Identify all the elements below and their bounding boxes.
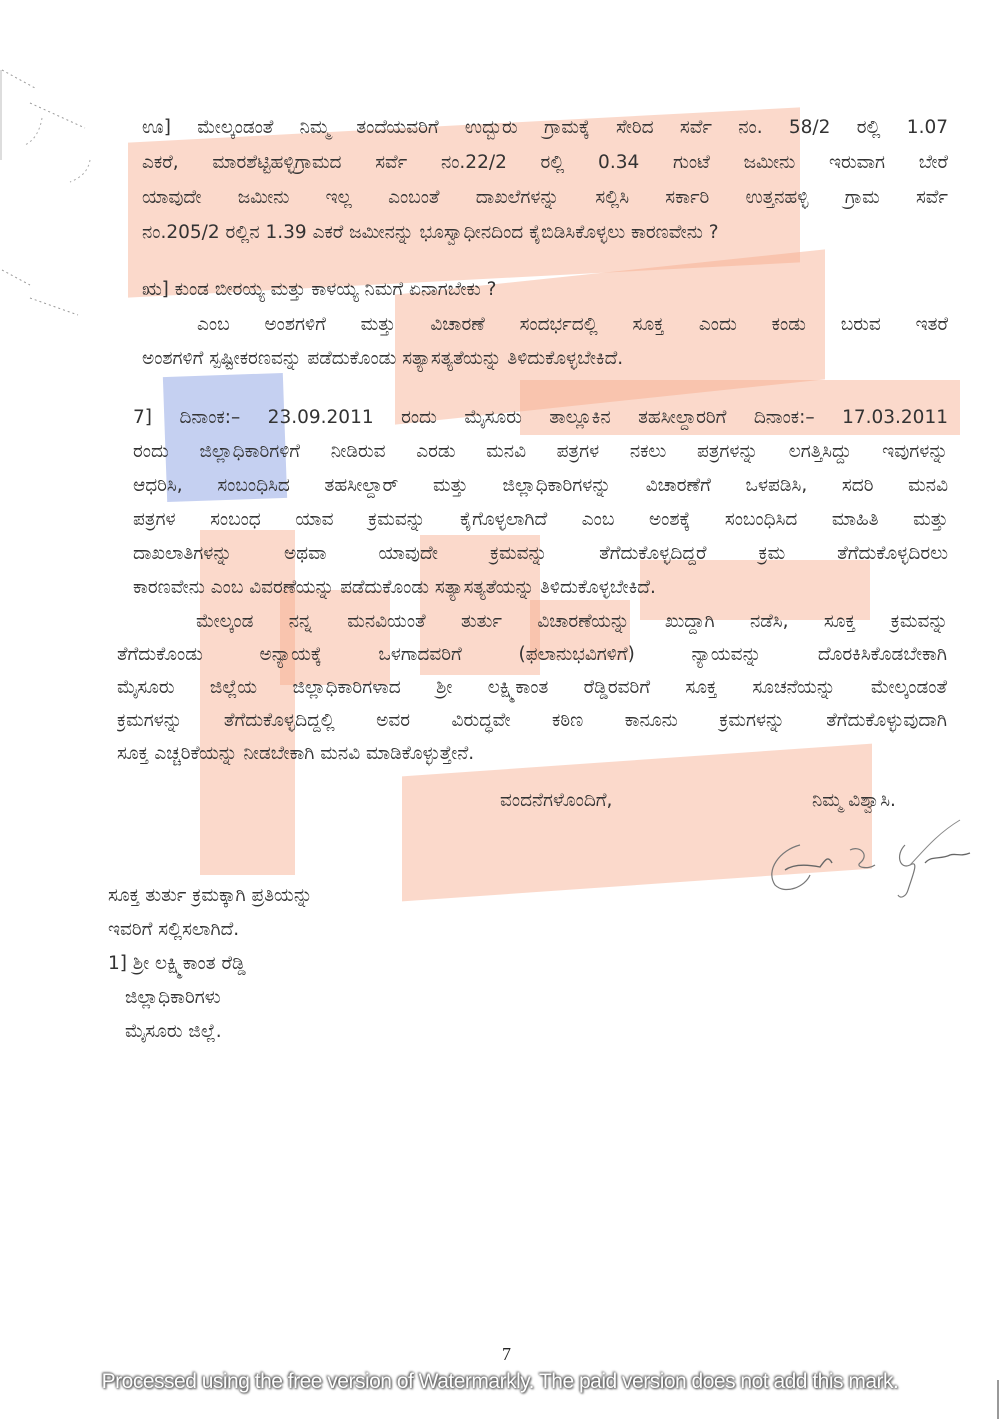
watermark-notice: Processed using the free version of Wate… — [0, 1370, 1000, 1394]
text-line: ತೆಗೆದುಕೊಂಡು ಅನ್ಯಾಯಕ್ಕೆ ಒಳಗಾದವರಿಗೆ (ಫಲಾನು… — [117, 643, 947, 671]
page-number: 7 — [502, 1344, 511, 1365]
text-line: 7] ದಿನಾಂಕ:– 23.09.2011 ರಂದು ಮೈಸೂರು ತಾಲ್ಲ… — [133, 406, 948, 434]
document-page: ಊ] ಮೇಲ್ಕಂಡಂತೆ ನಿಮ್ಮ ತಂದೆಯವರಿಗೆ ಉದ್ಬುರು ಗ… — [0, 0, 1000, 1419]
text-line: ಮೇಲ್ಕಂಡ ನನ್ನ ಮನವಿಯಂತೆ ತುರ್ತು ವಿಚಾರಣೆಯನ್ನ… — [196, 610, 948, 638]
text-line: ಯಾವುದೇ ಜಮೀನು ಇಲ್ಲ ಎಂಬಂತೆ ದಾಖಲೆಗಳನ್ನು ಸಲ್… — [142, 186, 948, 214]
text-line: ಋ] ಕುಂಡ ಬೀರಯ್ಯ ಮತ್ತು ಕಾಳಯ್ಯ ನಿಮಗೆ ಏನಾಗಬೇ… — [142, 278, 496, 302]
text-line: ಅಂಶಗಳಿಗೆ ಸ್ಪಷ್ಟೀಕರಣವನ್ನು ಪಡೆದುಕೊಂಡು ಸತ್ಯ… — [142, 347, 623, 371]
text-line: ಮೈಸೂರು ಜಿಲ್ಲೆಯ ಜಿಲ್ಲಾಧಿಕಾರಿಗಳಾದ ಶ್ರೀ ಲಕ್… — [117, 676, 947, 704]
text-line: ಕಾರಣವೇನು ಎಂಬ ವಿವರಣೆಯನ್ನು ಪಡೆದುಕೊಂಡು ಸತ್ಯ… — [133, 576, 656, 600]
text-line: ಎಕರೆ, ಮಾರಶೆಟ್ಟಿಹಳ್ಳಿಗ್ರಾಮದ ಸರ್ವೆ ನಂ.22/2… — [142, 151, 948, 179]
signature — [760, 815, 990, 900]
copy-to-line: 1] ಶ್ರೀ ಲಕ್ಷ್ಮಿಕಾಂತ ರೆಡ್ಡಿ — [108, 952, 246, 976]
closing-greeting: ವಂದನೆಗಳೊಂದಿಗೆ, — [500, 789, 612, 813]
text-line: ಎಂಬ ಅಂಶಗಳಿಗೆ ಮತ್ತು ವಿಚಾರಣೆ ಸಂದರ್ಭದಲ್ಲಿ ಸ… — [197, 313, 948, 341]
text-line: ನಂ.205/2 ರಲ್ಲಿನ 1.39 ಎಕರೆ ಜಮೀನನ್ನು ಭೂಸ್ವ… — [142, 221, 719, 245]
text-line: ಸೂಕ್ತ ಎಚ್ಚರಿಕೆಯನ್ನು ನೀಡಬೇಕಾಗಿ ಮನವಿ ಮಾಡಿಕ… — [117, 742, 474, 766]
text-line: ಆಧರಿಸಿ, ಸಂಬಂಧಿಸಿದ ತಹಸೀಲ್ದಾರ್ ಮತ್ತು ಜಿಲ್ಲ… — [133, 474, 948, 502]
copy-to-line: ಜಿಲ್ಲಾಧಿಕಾರಿಗಳು — [125, 986, 221, 1010]
text-line: ಕ್ರಮಗಳನ್ನು ತೆಗೆದುಕೊಳ್ಳದಿದ್ದಲ್ಲಿ ಅವರ ವಿರು… — [117, 709, 947, 737]
text-line: ಊ] ಮೇಲ್ಕಂಡಂತೆ ನಿಮ್ಮ ತಂದೆಯವರಿಗೆ ಉದ್ಬುರು ಗ… — [142, 116, 948, 144]
copy-to-line: ಇವರಿಗೆ ಸಲ್ಲಿಸಲಾಗಿದೆ. — [108, 918, 239, 942]
text-line: ದಾಖಲಾತಿಗಳನ್ನು ಅಥವಾ ಯಾವುದೇ ಕ್ರಮವನ್ನು ತೆಗೆ… — [133, 542, 948, 570]
text-line: ಪತ್ರಗಳ ಸಂಬಂಧ ಯಾವ ಕ್ರಮವನ್ನು ಕೈಗೊಳ್ಳಲಾಗಿದೆ… — [133, 508, 948, 536]
closing-signoff: ನಿಮ್ಮ ವಿಶ್ವಾಸಿ. — [812, 789, 896, 813]
copy-to-line: ಮೈಸೂರು ಜಿಲ್ಲೆ. — [125, 1020, 222, 1044]
copy-to-line: ಸೂಕ್ತ ತುರ್ತು ಕ್ರಮಕ್ಕಾಗಿ ಪ್ರತಿಯನ್ನು — [108, 884, 313, 908]
text-line: ರಂದು ಜಿಲ್ಲಾಧಿಕಾರಿಗಳಿಗೆ ನೀಡಿರುವ ಎರಡು ಮನವಿ… — [133, 440, 948, 468]
